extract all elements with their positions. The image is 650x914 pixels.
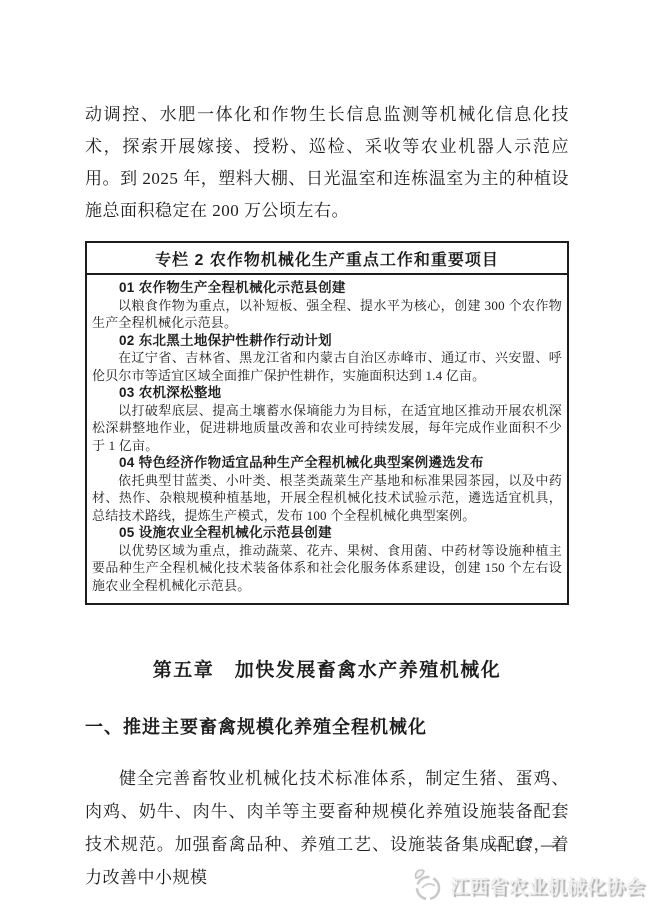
item-body: 以粮食作物为重点，以补短板、强全程、提水平为核心，创建 300 个农作物生产全程… — [92, 297, 562, 332]
item-number: 04 — [119, 455, 135, 470]
association-name: 江西省农业机械化协会 — [450, 872, 645, 899]
feature-box-item: 02 东北黑土地保护性耕作行动计划 在辽宁省、吉林省、黑龙江省和内蒙古自治区赤峰… — [92, 332, 562, 385]
item-number: 05 — [119, 525, 135, 540]
item-number: 03 — [119, 385, 135, 400]
feature-box-item: 03 农机深松整地 以打破犁底层、提高土壤蓄水保墒能力为目标，在适宜地区推动开展… — [92, 384, 562, 454]
page-number: — 17 — — [489, 835, 561, 855]
feature-box: 专栏 2 农作物机械化生产重点工作和重要项目 01 农作物生产全程机械化示范县创… — [85, 241, 569, 605]
association-emblem-icon — [409, 866, 445, 904]
feature-box-title: 专栏 2 农作物机械化生产重点工作和重要项目 — [87, 243, 567, 275]
item-heading: 04 特色经济作物适宜品种生产全程机械化典型案例遴选发布 — [92, 454, 562, 472]
item-body: 在辽宁省、吉林省、黑龙江省和内蒙古自治区赤峰市、通辽市、兴安盟、呼伦贝尔市等适宜… — [92, 349, 562, 384]
document-page: 动调控、水肥一体化和作物生长信息监测等机械化信息化技术，探索开展嫁接、授粉、巡检… — [0, 0, 650, 914]
footer-watermark: 江西省农业机械化协会 — [409, 866, 645, 904]
item-heading: 02 东北黑土地保护性耕作行动计划 — [92, 332, 562, 350]
item-heading: 05 设施农业全程机械化示范县创建 — [92, 524, 562, 542]
item-body: 以优势区域为重点，推动蔬菜、花卉、果树、食用菌、中药材等设施种植主要品种生产全程… — [92, 542, 562, 595]
item-number: 01 — [119, 280, 135, 295]
item-body: 以打破犁底层、提高土壤蓄水保墒能力为目标，在适宜地区推动开展农机深松深耕整地作业… — [92, 402, 562, 455]
item-title: 东北黑土地保护性耕作行动计划 — [139, 333, 332, 348]
item-title: 农机深松整地 — [139, 385, 222, 400]
feature-box-item: 05 设施农业全程机械化示范县创建 以优势区域为重点，推动蔬菜、花卉、果树、食用… — [92, 524, 562, 594]
feature-box-item: 04 特色经济作物适宜品种生产全程机械化典型案例遴选发布 依托典型甘蓝类、小叶类… — [92, 454, 562, 524]
section-heading: 一、推进主要畜禽规模化养殖全程机械化 — [85, 713, 569, 739]
feature-box-item: 01 农作物生产全程机械化示范县创建 以粮食作物为重点，以补短板、强全程、提水平… — [92, 279, 562, 332]
chapter-heading: 第五章 加快发展畜禽水产养殖机械化 — [85, 655, 569, 682]
item-body: 依托典型甘蓝类、小叶类、根茎类蔬菜生产基地和标准果园茶园，以及中药材、热作、杂粮… — [92, 472, 562, 525]
item-title: 设施农业全程机械化示范县创建 — [139, 525, 332, 540]
feature-box-body: 01 农作物生产全程机械化示范县创建 以粮食作物为重点，以补短板、强全程、提水平… — [87, 275, 567, 603]
item-heading: 03 农机深松整地 — [92, 384, 562, 402]
intro-paragraph: 动调控、水肥一体化和作物生长信息监测等机械化信息化技术，探索开展嫁接、授粉、巡检… — [85, 99, 569, 227]
item-number: 02 — [119, 333, 135, 348]
item-title: 特色经济作物适宜品种生产全程机械化典型案例遴选发布 — [139, 455, 484, 470]
item-heading: 01 农作物生产全程机械化示范县创建 — [92, 279, 562, 297]
page-content: 动调控、水肥一体化和作物生长信息监测等机械化信息化技术，探索开展嫁接、授粉、巡检… — [85, 99, 569, 894]
item-title: 农作物生产全程机械化示范县创建 — [139, 280, 346, 295]
